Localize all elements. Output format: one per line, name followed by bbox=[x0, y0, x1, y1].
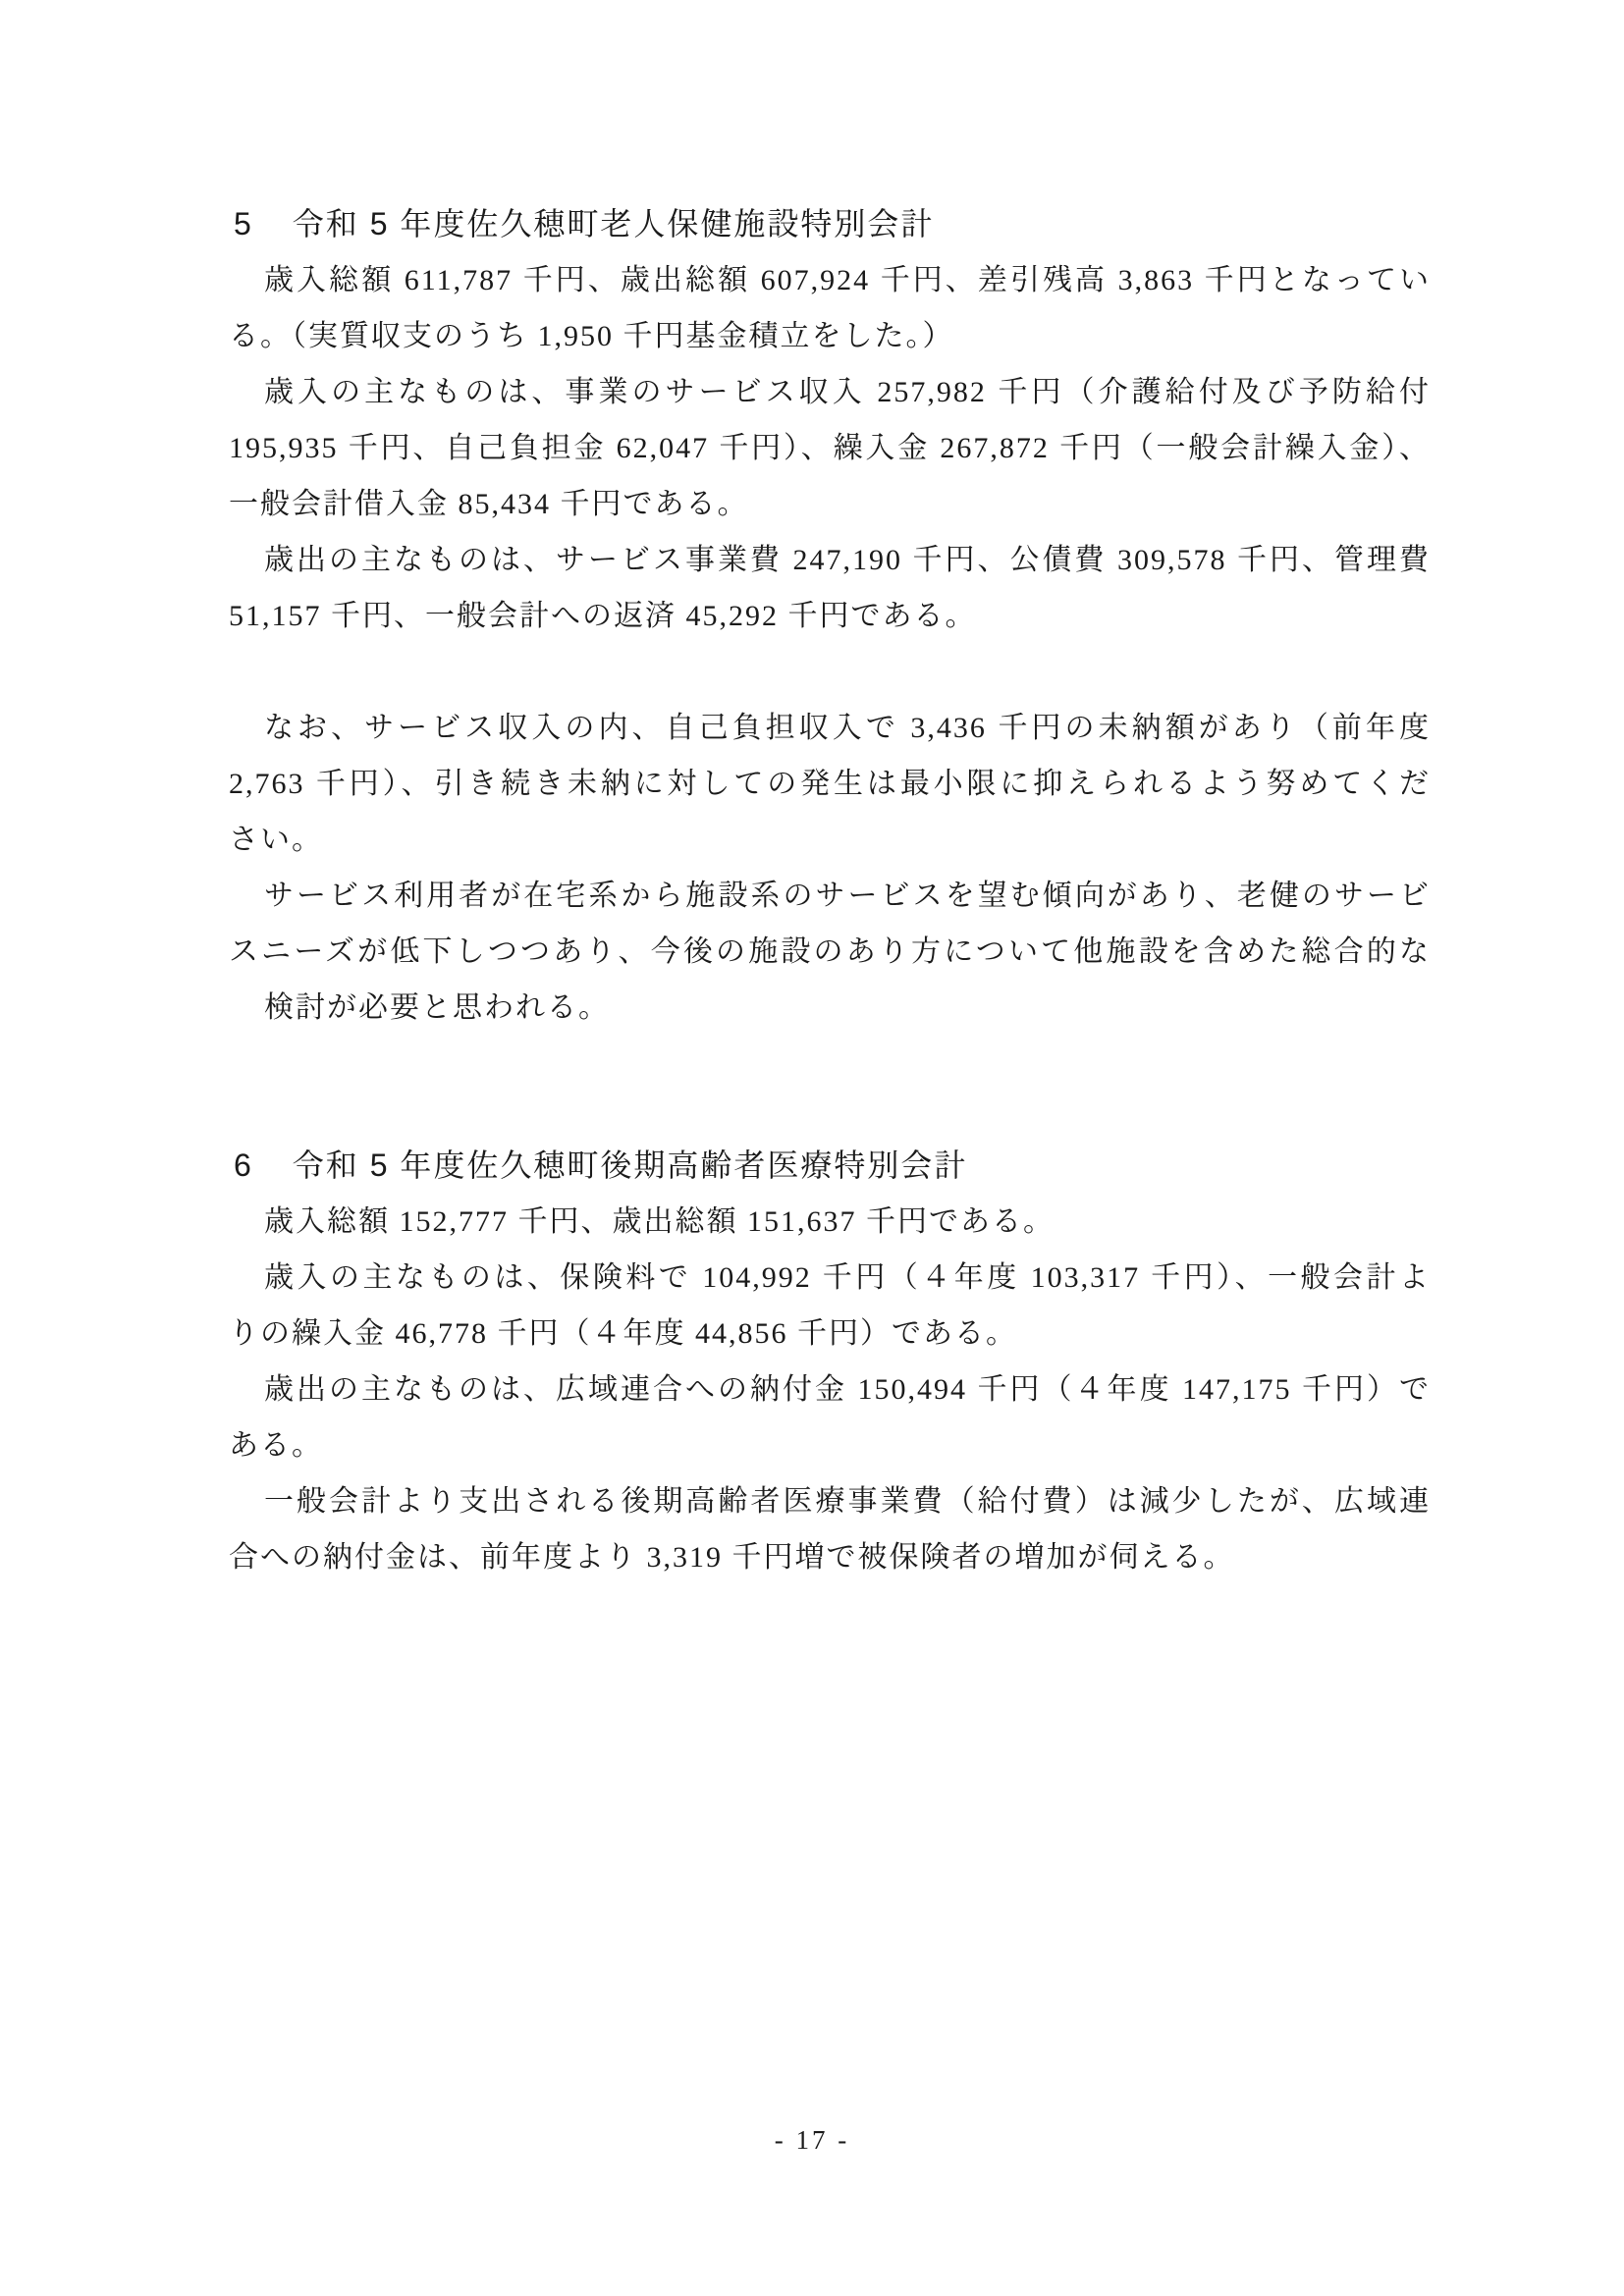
text-line: 検討が必要と思われる。 bbox=[229, 980, 1431, 1036]
text-line: サービス利用者が在宅系から施設系のサービスを望む傾向があり、老健のサービ bbox=[229, 868, 1431, 924]
text-line: 合への納付金は、前年度より 3,319 千円増で被保険者の増加が伺える。 bbox=[229, 1529, 1431, 1585]
text-line: さい。 bbox=[229, 812, 1431, 868]
section-6-title: 令和 5 年度佐久穂町後期高齢者医療特別会計 bbox=[293, 1148, 968, 1183]
text-line: 一般会計借入金 85,434 千円である。 bbox=[229, 476, 1431, 532]
text-line: 195,935 千円、自己負担金 62,047 千円）、繰入金 267,872 … bbox=[229, 420, 1431, 476]
text-line: 51,157 千円、一般会計への返済 45,292 千円である。 bbox=[229, 588, 1431, 644]
text-line: 歳出の主なものは、サービス事業費 247,190 千円、公債費 309,578 … bbox=[229, 532, 1431, 588]
section-5-title: 令和 5 年度佐久穂町老人保健施設特別会計 bbox=[293, 206, 935, 241]
text-line: 2,763 千円）、引き続き未納に対しての発生は最小限に抑えられるよう努めてくだ bbox=[229, 756, 1431, 812]
text-line: る。（実質収支のうち 1,950 千円基金積立をした。） bbox=[229, 308, 1431, 364]
text-line: 歳出の主なものは、広域連合への納付金 150,494 千円（４年度 147,17… bbox=[229, 1362, 1431, 1417]
text-line: りの繰入金 46,778 千円（４年度 44,856 千円）である。 bbox=[229, 1306, 1431, 1362]
text-line: 一般会計より支出される後期高齢者医療事業費（給付費）は減少したが、広域連 bbox=[229, 1473, 1431, 1529]
section-5-number: 5 bbox=[234, 196, 253, 252]
text-line: なお、サービス収入の内、自己負担収入で 3,436 千円の未納額があり（前年度 bbox=[229, 700, 1431, 756]
blank-line bbox=[229, 644, 1431, 700]
text-line: 歳入総額 152,777 千円、歳出総額 151,637 千円である。 bbox=[229, 1194, 1431, 1250]
text-line: スニーズが低下しつつあり、今後の施設のあり方について他施設を含めた総合的な bbox=[229, 924, 1431, 980]
document-page: 5令和 5 年度佐久穂町老人保健施設特別会計 歳入総額 611,787 千円、歳… bbox=[0, 0, 1624, 2296]
section-6-heading: 6令和 5 年度佐久穂町後期高齢者医療特別会計 bbox=[234, 1138, 1431, 1194]
blank-lines bbox=[229, 1036, 1431, 1138]
page-content: 5令和 5 年度佐久穂町老人保健施設特別会計 歳入総額 611,787 千円、歳… bbox=[229, 196, 1431, 1585]
section-6-number: 6 bbox=[234, 1138, 253, 1194]
text-line: 歳入総額 611,787 千円、歳出総額 607,924 千円、差引残高 3,8… bbox=[229, 252, 1431, 308]
text-line: 歳入の主なものは、事業のサービス収入 257,982 千円（介護給付及び予防給付 bbox=[229, 364, 1431, 420]
text-line: ある。 bbox=[229, 1417, 1431, 1473]
text-line: 歳入の主なものは、保険料で 104,992 千円（４年度 103,317 千円）… bbox=[229, 1250, 1431, 1306]
page-number: - 17 - bbox=[0, 2112, 1624, 2168]
section-5-heading: 5令和 5 年度佐久穂町老人保健施設特別会計 bbox=[234, 196, 1431, 252]
